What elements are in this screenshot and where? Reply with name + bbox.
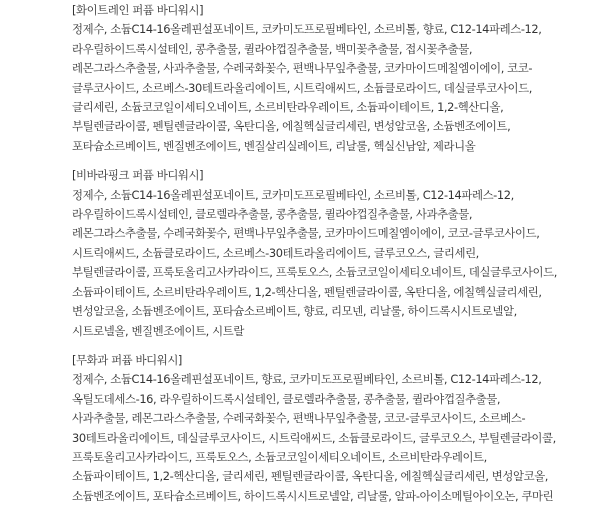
ingredient-line: 옥틸도데세스-16, 라우릴하이드록시설테인, 클로렐라추출물, 콩추출물, 퀼… bbox=[72, 390, 587, 402]
section-white-rain: [화이트레인 퍼퓸 바디워시] 정제수, 소듐C14-16올레핀설포네이트, 코… bbox=[72, 1, 587, 156]
ingredient-line: 부틸렌글라이콜, 펜틸렌글라이콜, 옥탄디올, 에칠헥실글리세린, 변성알코올,… bbox=[72, 117, 587, 136]
section-title: [비바라핑크 퍼퓸 바디워시] bbox=[72, 166, 587, 185]
ingredient-line: 라우릴하이드록시설테인, 클로렐라추출물, 콩추출물, 퀼라야껍질추출물, 사과… bbox=[72, 205, 587, 224]
ingredient-line: 시트로넬올, 벤질벤조에이트, 시트랄 bbox=[72, 322, 587, 341]
ingredient-line: 라우릴하이드록시설테인, 콩추출물, 퀼라야껍질추출물, 백미꽃추출물, 접시꽃… bbox=[72, 40, 587, 59]
ingredient-line: 레몬그라스추출물, 사과추출물, 수레국화꽃수, 편백나무잎추출물, 코카마이드… bbox=[72, 59, 587, 78]
ingredient-line: 정제수, 소듐C14-16올레핀설포네이트, 향료, 코카미도프로필베타인, 소… bbox=[72, 370, 587, 389]
section-title: [화이트레인 퍼퓸 바디워시] bbox=[72, 1, 587, 20]
ingredient-line: 글리세린, 소듐코코일이세티오네이트, 소르비탄라우레이트, 소듐파이테이트, … bbox=[72, 98, 587, 117]
section-title: [무화과 퍼퓸 바디워시] bbox=[72, 351, 587, 370]
ingredient-line: 소듐파이테이트, 소르비탄라우레이트, 1,2-헥산디올, 펜틸렌글라이콜, 옥… bbox=[72, 283, 587, 302]
ingredient-line: 변성알코올, 소듐벤조에이트, 포타슘소르베이트, 향료, 리모넨, 리날룰, … bbox=[72, 302, 587, 321]
ingredient-line: 시트릭애씨드, 소듐클로라이드, 소르베스-30테트라올리에이트, 글루코오스,… bbox=[72, 244, 587, 263]
ingredient-line: 레몬그라스추출물, 수레국화꽃수, 편백나무잎추출물, 코카마이드메칠엠이에이,… bbox=[72, 224, 587, 243]
section-vivara-pink: [비바라핑크 퍼퓸 바디워시] 정제수, 소듐C14-16올레핀설포네이트, 코… bbox=[72, 166, 587, 341]
ingredient-line: 포타슘소르베이트, 벤질벤조에이트, 벤질살리실레이트, 리날룰, 헥실신남알,… bbox=[72, 137, 587, 156]
section-fig: [무화과 퍼퓸 바디워시] 정제수, 소듐C14-16올레핀설포네이트, 향료,… bbox=[72, 351, 587, 402]
ingredient-line: 부틸렌글라이콜, 프룩토올리고사카라이드, 프룩토오스, 소듐코코일이세티오네이… bbox=[72, 263, 587, 282]
ingredient-line: 정제수, 소듐C14-16올레핀설포네이트, 코카미도프로필베타인, 소르비톨,… bbox=[72, 186, 587, 205]
ingredients-document: [화이트레인 퍼퓸 바디워시] 정제수, 소듐C14-16올레핀설포네이트, 코… bbox=[72, 1, 587, 402]
ingredient-line: 정제수, 소듐C14-16올레핀설포네이트, 코카미도프로필베타인, 소르비톨,… bbox=[72, 20, 587, 39]
ingredient-line: 글루코사이드, 소르베스-30테트라올리에이트, 시트릭애씨드, 소듐클로라이드… bbox=[72, 79, 587, 98]
